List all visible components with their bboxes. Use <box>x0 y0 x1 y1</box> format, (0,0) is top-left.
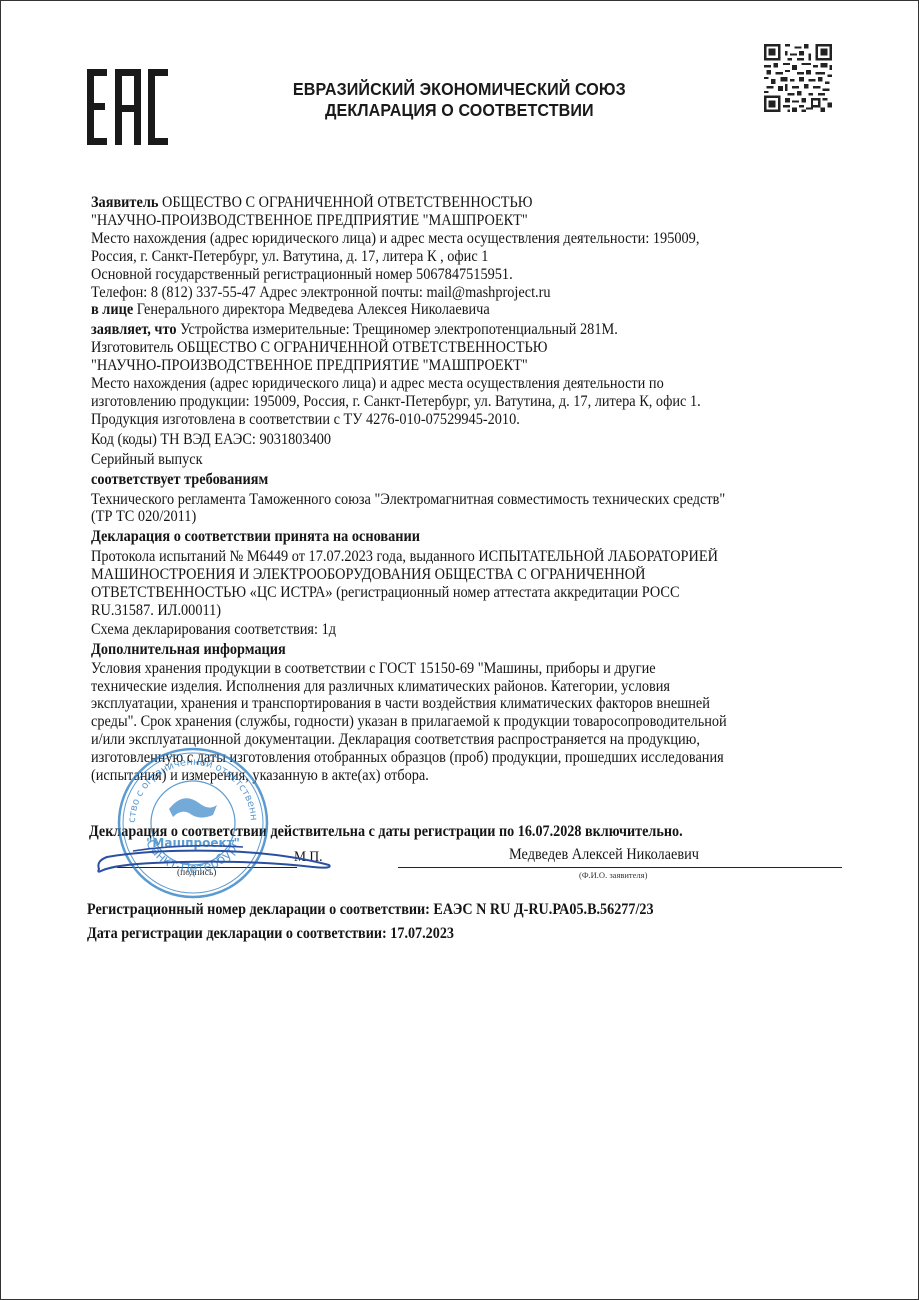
applicant-contacts: Телефон: 8 (812) 337-55-47 Адрес электро… <box>91 284 798 302</box>
basis-2: МАШИНОСТРОЕНИЯ И ЭЛЕКТРООБОРУДОВАНИЯ ОБЩ… <box>91 566 798 584</box>
additional-heading: Дополнительная информация <box>91 641 798 659</box>
applicant-address-1: Место нахождения (адрес юридического лиц… <box>91 230 798 248</box>
declares-line: заявляет, что Устройства измерительные: … <box>91 321 798 339</box>
declares-label: заявляет, что <box>91 321 177 338</box>
declaration-scheme: Схема декларирования соответствия: 1д <box>91 621 798 639</box>
applicant-name-2: "НАУЧНО-ПРОИЗВОДСТВЕННОЕ ПРЕДПРИЯТИЕ "МА… <box>91 212 798 230</box>
additional-line: среды". Срок хранения (службы, годности)… <box>91 713 798 731</box>
applicant-address-2: Россия, г. Санкт-Петербург, ул. Ватутина… <box>91 248 798 266</box>
seal-label: М.П. <box>294 849 323 866</box>
signer-name-line <box>398 867 842 868</box>
additional-line: изготовленную с даты изготовления отобра… <box>91 749 798 767</box>
represented-by: Генерального директора Медведева Алексея… <box>133 301 489 318</box>
union-title: ЕВРАЗИЙСКИЙ ЭКОНОМИЧЕСКИЙ СОЮЗ <box>37 79 882 100</box>
signer-name: Медведев Алексей Николаевич <box>509 846 699 864</box>
represented-line: в лице Генерального директора Медведева … <box>91 301 798 319</box>
signature-label: (подпись) <box>177 868 216 878</box>
signer-label: (Ф.И.О. заявителя) <box>579 870 647 880</box>
validity-statement: Декларация о соответствии действительна … <box>89 823 683 841</box>
basis-3: ОТВЕТСТВЕННОСТЬЮ «ЦС ИСТРА» (регистрацио… <box>91 584 798 602</box>
tn-ved-code: Код (коды) ТН ВЭД ЕАЭС: 9031803400 <box>91 431 798 449</box>
basis-4: RU.31587. ИЛ.00011) <box>91 602 798 620</box>
declaration-page: ЕВРАЗИЙСКИЙ ЭКОНОМИЧЕСКИЙ СОЮЗ ДЕКЛАРАЦИ… <box>0 0 919 1300</box>
document-title: ДЕКЛАРАЦИЯ О СООТВЕТСТВИИ <box>37 100 882 121</box>
manufacturer-1: Изготовитель ОБЩЕСТВО С ОГРАНИЧЕННОЙ ОТВ… <box>91 339 798 357</box>
applicant-line: Заявитель ОБЩЕСТВО С ОГРАНИЧЕННОЙ ОТВЕТС… <box>91 194 798 212</box>
declared-product: Устройства измерительные: Трещиномер эле… <box>177 321 618 338</box>
declaration-body: Заявитель ОБЩЕСТВО С ОГРАНИЧЕННОЙ ОТВЕТС… <box>91 194 851 785</box>
additional-line: Условия хранения продукции в соответстви… <box>91 660 798 678</box>
additional-line: (испытания) и измерения, указанную в акт… <box>91 767 798 785</box>
additional-line: эксплуатации, хранения и транспортирован… <box>91 695 798 713</box>
manufacturer-address-2: изготовлению продукции: 195009, Россия, … <box>91 393 798 411</box>
basis-1: Протокола испытаний № М6449 от 17.07.202… <box>91 548 798 566</box>
requirements-1: Технического регламента Таможенного союз… <box>91 491 798 509</box>
qr-code-icon <box>764 43 832 113</box>
applicant-name: ОБЩЕСТВО С ОГРАНИЧЕННОЙ ОТВЕТСТВЕННОСТЬЮ <box>158 194 532 211</box>
release-type: Серийный выпуск <box>91 451 798 469</box>
requirements-heading: соответствует требованиям <box>91 471 798 489</box>
manufacturer-2: "НАУЧНО-ПРОИЗВОДСТВЕННОЕ ПРЕДПРИЯТИЕ "МА… <box>91 357 798 375</box>
additional-line: и/или эксплуатационной документации. Дек… <box>91 731 798 749</box>
registration-date: Дата регистрации декларации о соответств… <box>87 925 454 943</box>
manufacturer-spec: Продукция изготовлена в соответствии с Т… <box>91 411 798 429</box>
applicant-ogrn: Основной государственный регистрационный… <box>91 266 798 284</box>
additional-line: технические изделия. Исполнения для разл… <box>91 678 798 696</box>
registration-number: Регистрационный номер декларации о соотв… <box>87 901 654 919</box>
requirements-2: (ТР ТС 020/2011) <box>91 508 798 526</box>
basis-heading: Декларация о соответствии принята на осн… <box>91 528 798 546</box>
represented-label: в лице <box>91 301 133 318</box>
applicant-label: Заявитель <box>91 194 158 211</box>
manufacturer-address-1: Место нахождения (адрес юридического лиц… <box>91 375 798 393</box>
